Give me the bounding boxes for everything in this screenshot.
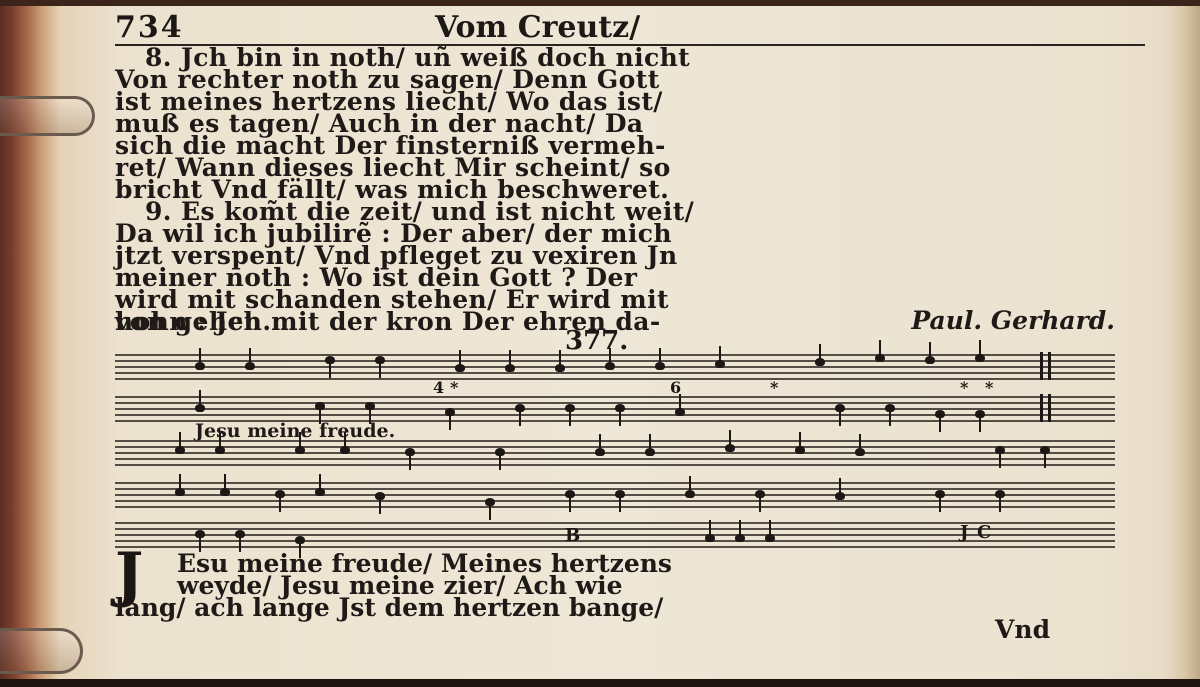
verse-line: von gehen. [115, 308, 271, 335]
music-letter: J [960, 522, 969, 543]
author-attribution: Paul. Gerhard. [911, 306, 1115, 335]
page-bottom-edge [0, 679, 1200, 687]
music-staff-2 [115, 394, 1115, 422]
music-letter: B [565, 525, 580, 546]
music-staff-3 [115, 438, 1115, 466]
lower-block: von gehen. Paul. Gerhard. 377. 4 * 6 * *… [115, 0, 1145, 687]
scanned-book-page: 734 Vom Creutz/ 8. Jch bin in noth/ uñ … [0, 0, 1200, 687]
binding-clasp-top [0, 96, 95, 136]
music-letter: C [977, 522, 991, 543]
music-staff-1 [115, 352, 1115, 380]
music-staff-4 [115, 480, 1115, 508]
catchword: Vnd [995, 616, 1050, 643]
binding-clasp-bottom [0, 628, 83, 674]
hymn-text-line: lang/ ach lange Jst dem hertzen bange/ [115, 594, 663, 621]
